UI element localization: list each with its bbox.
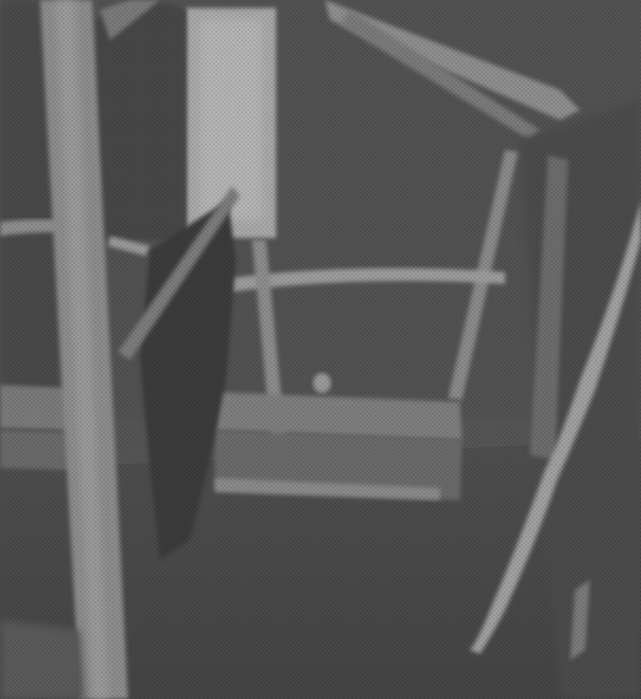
photograph: Grayscale halftone photograph of a rusti… — [0, 0, 641, 699]
halftone-texture — [0, 0, 641, 699]
shelter-scene — [0, 0, 641, 699]
